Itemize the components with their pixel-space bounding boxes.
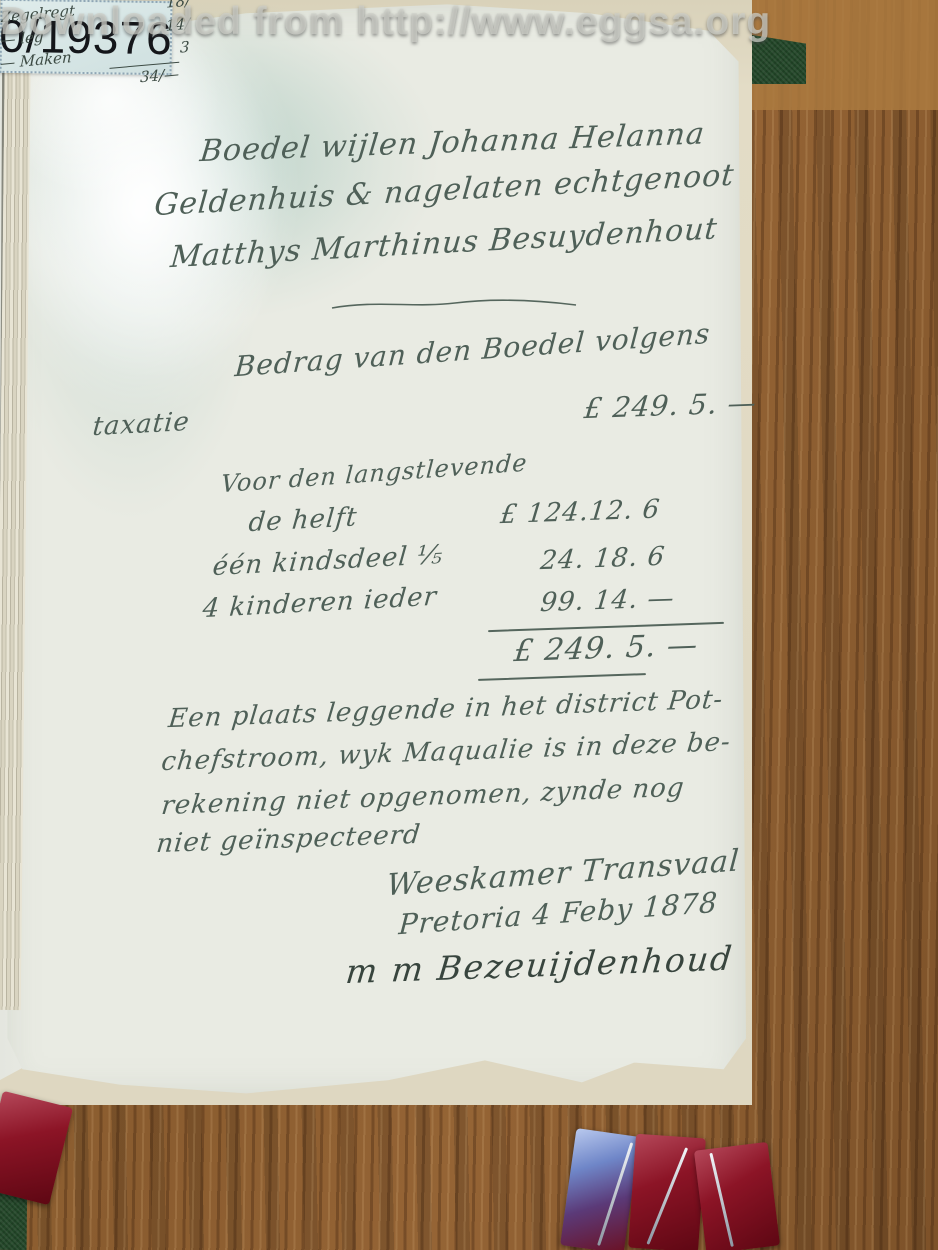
division-total: £ 249. 5. — [512,628,700,670]
bedrag-taxatie: taxatie [91,407,191,442]
photo-of-estate-ledger: 0/19376 Boedel wijlen Johanna Helanna Ge… [0,0,938,1250]
division-row-label: de helft [247,502,358,538]
fee-label: — Maken [0,48,72,72]
clip-wire-handle [709,1153,734,1247]
division-row-amount: 24. 18. 6 [539,542,667,576]
separator-squiggle [330,296,580,314]
clip-wire-handle [597,1142,633,1246]
clip-wire-handle [646,1147,688,1245]
division-row-amount: £ 124.12. 6 [499,494,662,530]
source-watermark: Downloaded from http://www.eggsa.org [0,0,771,44]
bedrag-amount: £ 249. 5. — [583,386,759,425]
red-binder-clip-1 [560,1128,640,1250]
red-binder-clip-3 [694,1142,780,1250]
red-binder-clip-left [0,1091,73,1205]
division-row-amount: 99. 14. — [539,583,676,618]
